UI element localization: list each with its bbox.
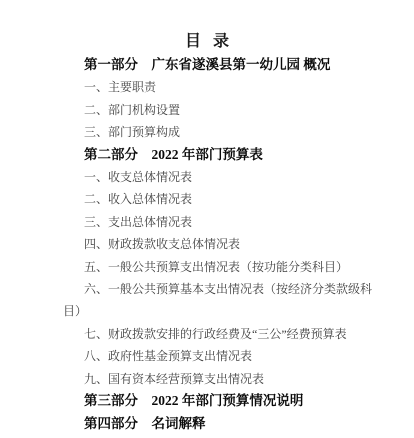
page-title: 目 录 (0, 30, 414, 54)
toc-item-part2-3: 三、支出总体情况表 (63, 211, 377, 233)
toc-item-part2-6: 六、一般公共预算基本支出情况表（按经济分类款级科目） (63, 278, 377, 323)
toc-item-part2-1: 一、收支总体情况表 (63, 166, 377, 188)
toc-heading-part3: 第三部分 2022 年部门预算情况说明 (63, 390, 377, 412)
toc-item-part2-5: 五、一般公共预算支出情况表（按功能分类科目） (63, 256, 377, 278)
toc-heading-part2: 第二部分 2022 年部门预算表 (63, 144, 377, 166)
toc-heading-part4: 第四部分 名词解释 (63, 413, 377, 435)
toc-item-part2-8: 八、政府性基金预算支出情况表 (63, 345, 377, 367)
toc-page: 目 录 第一部分 广东省遂溪县第一幼儿园 概况 一、主要职责 二、部门机构设置 … (0, 0, 414, 438)
toc-item-part1-3: 三、部门预算构成 (63, 121, 377, 143)
toc-heading-part1: 第一部分 广东省遂溪县第一幼儿园 概况 (63, 54, 377, 76)
toc-item-part2-2: 二、收入总体情况表 (63, 188, 377, 210)
toc-item-part2-9: 九、国有资本经营预算支出情况表 (63, 368, 377, 390)
toc-item-part1-1: 一、主要职责 (63, 76, 377, 98)
toc-item-part1-2: 二、部门机构设置 (63, 99, 377, 121)
toc-item-part2-4: 四、财政拨款收支总体情况表 (63, 233, 377, 255)
toc-item-part2-7: 七、财政拨款安排的行政经费及“三公”经费预算表 (63, 323, 377, 345)
